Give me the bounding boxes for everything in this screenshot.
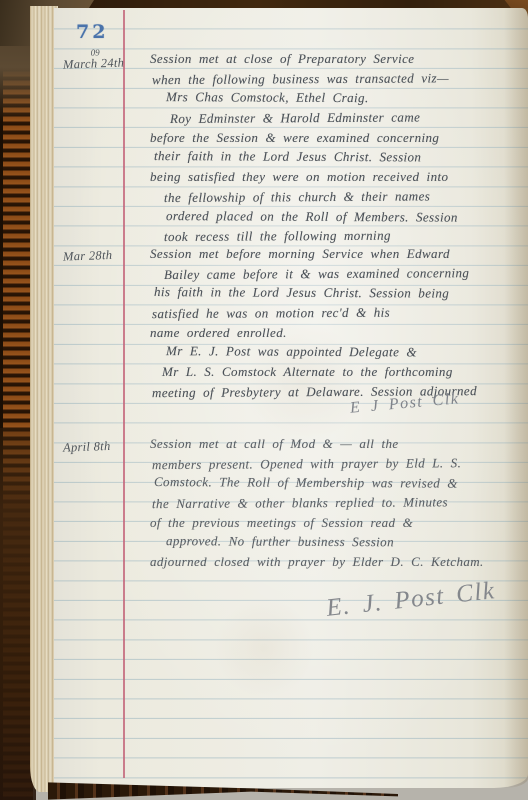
- entry-date: April 8th: [63, 437, 155, 455]
- entry-date: 09 March 24th: [63, 54, 155, 72]
- handwritten-line: of the previous meetings of Session read…: [150, 513, 522, 533]
- handwritten-line: Comstock. The Roll of Membership was rev…: [154, 472, 526, 494]
- handwritten-line: Mr L. S. Comstock Alternate to the forth…: [150, 362, 522, 382]
- handwritten-line: Roy Edminster & Harold Edminster came: [152, 107, 524, 129]
- ledger-photo: 72 09 March 24th Session met at close of…: [0, 0, 528, 800]
- handwritten-line: Session met at call of Mod & — all the: [150, 434, 522, 454]
- handwritten-line: being satisfied they were on motion rece…: [150, 167, 522, 187]
- handwritten-line: the Narrative & other blanks replied to.…: [152, 492, 524, 514]
- entry-body: Session met at close of Preparatory Serv…: [150, 49, 522, 246]
- entry-body: Session met before morning Service when …: [150, 244, 522, 402]
- handwritten-line: name ordered enrolled.: [150, 323, 522, 343]
- handwritten-line: Bailey came before it & was examined con…: [152, 263, 524, 285]
- entry-body: Session met at call of Mod & — all the m…: [150, 434, 522, 572]
- handwritten-line: satisfied he was on motion rec'd & his: [152, 302, 524, 324]
- handwritten-line: before the Session & were examined conce…: [150, 128, 522, 148]
- page-number: 72: [76, 21, 108, 43]
- handwritten-line: when the following business was transact…: [152, 68, 524, 90]
- entry-date: Mar 28th: [63, 246, 155, 264]
- handwritten-line: Session met at close of Preparatory Serv…: [150, 49, 522, 69]
- handwritten-line: meeting of Presbytery at Delaware. Sessi…: [152, 381, 524, 403]
- handwritten-line: ordered placed on the Roll of Members. S…: [154, 206, 526, 228]
- handwritten-line: Mrs Chas Comstock, Ethel Craig.: [154, 87, 526, 109]
- entry-date-superscript: 09: [90, 47, 99, 57]
- handwritten-line: their faith in the Lord Jesus Christ. Se…: [154, 146, 526, 168]
- handwritten-line: the fellowship of this church & their na…: [152, 186, 524, 208]
- clerk-signature: E. J. Post Clk: [325, 577, 497, 623]
- handwritten-line: members present. Opened with prayer by E…: [152, 453, 524, 475]
- handwritten-line: Mr E. J. Post was appointed Delegate &: [154, 341, 526, 363]
- handwritten-line: approved. No further business Session: [154, 531, 526, 553]
- page-content: 72 09 March 24th Session met at close of…: [0, 0, 528, 800]
- handwritten-line: Session met before morning Service when …: [150, 244, 522, 264]
- handwritten-line: his faith in the Lord Jesus Christ. Sess…: [154, 282, 526, 304]
- handwritten-line: adjourned closed with prayer by Elder D.…: [150, 552, 522, 572]
